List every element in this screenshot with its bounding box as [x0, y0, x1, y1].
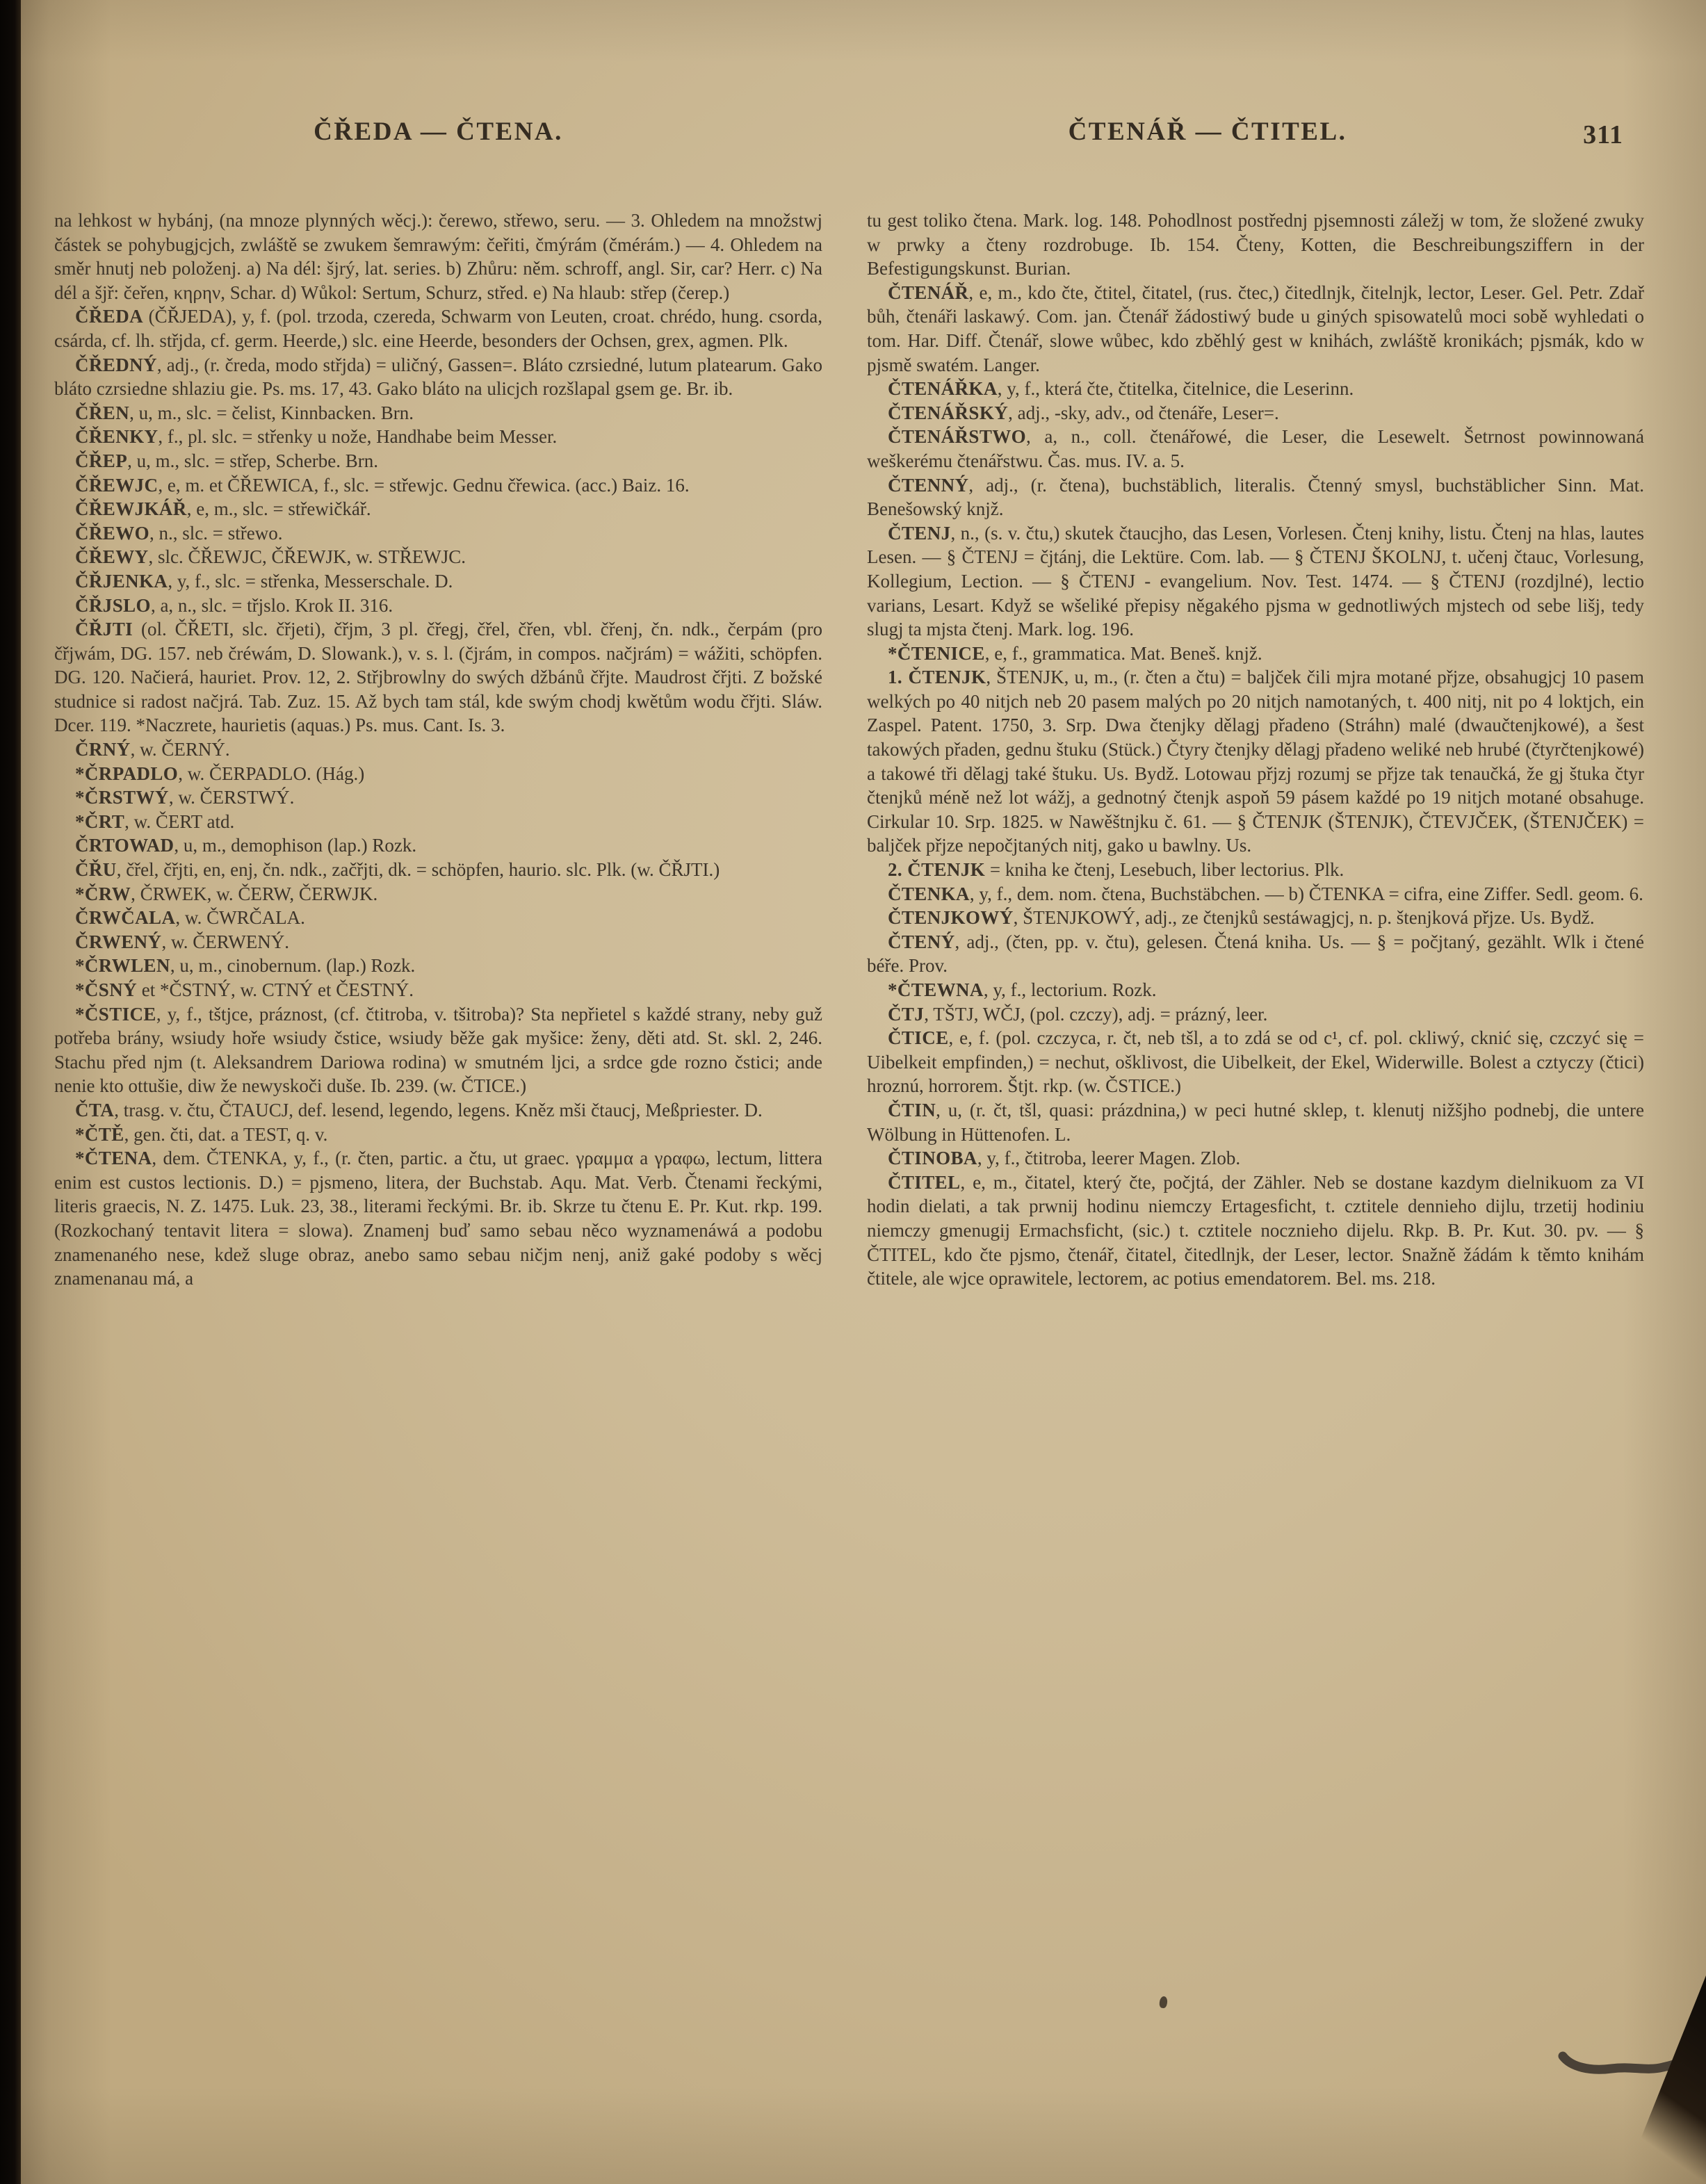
- dictionary-entry: ČRWČALA, w. ČWRČALA.: [54, 906, 822, 930]
- entry-text: , u, m., demophison (lap.) Rozk.: [174, 835, 416, 856]
- dictionary-entry: ČTJ, TŠTJ, WČJ, (pol. czczy), adj. = prá…: [867, 1002, 1644, 1027]
- entry-text: , ŠTENJK, u, m., (r. čten a čtu) = baljč…: [867, 667, 1644, 856]
- entry-headword: ČTA: [75, 1100, 114, 1120]
- page-number: 311: [1505, 120, 1623, 150]
- entry-text: , adj., (čten, pp. v. čtu), gelesen. Čte…: [867, 931, 1644, 977]
- dictionary-entry: *ČTEWNA, y, f., lectorium. Rozk.: [867, 978, 1644, 1002]
- text-column-left: na lehkost w hybánj, (na mnoze plynných …: [54, 209, 822, 1291]
- entry-text: tu gest toliko čtena. Mark. log. 148. Po…: [867, 210, 1644, 279]
- text-column-right: tu gest toliko čtena. Mark. log. 148. Po…: [867, 209, 1644, 1291]
- entry-headword: ČTENÁŘKA: [888, 378, 998, 399]
- dictionary-entry: ČTICE, e, f. (pol. czczyca, r. čt, neb t…: [867, 1026, 1644, 1098]
- dictionary-entry: ČTENKA, y, f., dem. nom. čtena, Buchstäb…: [867, 882, 1644, 906]
- entry-headword: *ČTEWNA: [888, 979, 984, 1000]
- dictionary-entry: ČŘEDNÝ, adj., (r. čreda, modo střjda) = …: [54, 353, 822, 401]
- entry-headword: ČŘEDA: [75, 306, 143, 327]
- dictionary-entry: ČŘEWJKÁŘ, e, m., slc. = střewičkář.: [54, 497, 822, 521]
- entry-text: , ČRWEK, w. ČERW, ČERWJK.: [131, 883, 377, 904]
- entry-text: , e, m., čitatel, který čte, počjtá, der…: [867, 1172, 1644, 1289]
- dictionary-entry: ČTA, trasg. v. čtu, ČTAUCJ, def. lesend,…: [54, 1098, 822, 1123]
- entry-text: , trasg. v. čtu, ČTAUCJ, def. lesend, le…: [114, 1100, 763, 1120]
- entry-text: , y, f., která čte, čtitelka, čitelnice,…: [998, 378, 1354, 399]
- entry-headword: *ČRW: [75, 883, 131, 904]
- entry-text: , w. ČERPADLO. (Hág.): [178, 763, 364, 784]
- entry-headword: *ČSTICE: [75, 1004, 156, 1025]
- entry-text: et *ČSTNÝ, w. CTNÝ et ČESTNÝ.: [137, 979, 414, 1000]
- entry-headword: ČTENÁŘ: [888, 282, 968, 303]
- entry-text: (ol. ČŘETI, slc. čřjeti), čřjm, 3 pl. čř…: [54, 619, 822, 735]
- dictionary-entry: ČTENNÝ, adj., (r. čtena), buchstäblich, …: [867, 473, 1644, 521]
- entry-headword: ČŘENKY: [75, 426, 158, 447]
- dictionary-entry: ČTITEL, e, m., čitatel, který čte, počjt…: [867, 1171, 1644, 1291]
- dictionary-entry: ČTENÝ, adj., (čten, pp. v. čtu), gelesen…: [867, 930, 1644, 978]
- dictionary-entry: ČTENÁŘSTWO, a, n., coll. čtenářowé, die …: [867, 425, 1644, 473]
- entry-headword: 1. ČTENJK: [888, 667, 986, 687]
- entry-headword: ČTENJ: [888, 523, 951, 544]
- dictionary-entry: ČŘENKY, f., pl. slc. = střenky u nože, H…: [54, 425, 822, 449]
- dictionary-entry: ČRWENÝ, w. ČERWENÝ.: [54, 930, 822, 954]
- dictionary-entry: *ČRT, w. ČERT atd.: [54, 810, 822, 834]
- entry-text: , u, (r. čt, tšl, quasi: prázdnina,) w p…: [867, 1100, 1644, 1145]
- entry-text: na lehkost w hybánj, (na mnoze plynných …: [54, 210, 822, 303]
- dictionary-entry: na lehkost w hybánj, (na mnoze plynných …: [54, 209, 822, 304]
- running-head-right: ČTENÁŘ — ČTITEL.: [867, 117, 1548, 149]
- dictionary-entry: ČŘEWJC, e, m. et ČŘEWICA, f., slc. = stř…: [54, 473, 822, 498]
- entry-headword: ČTICE: [888, 1027, 949, 1048]
- dictionary-entry: ČŘEDA (ČŘJEDA), y, f. (pol. trzoda, czer…: [54, 304, 822, 352]
- dictionary-entry: ČRTOWAD, u, m., demophison (lap.) Rozk.: [54, 833, 822, 858]
- entry-text: , e, m., kdo čte, čtitel, čitatel, (rus.…: [867, 282, 1644, 375]
- entry-headword: *ČTENA: [75, 1148, 152, 1168]
- dictionary-entry: ČŘJENKA, y, f., slc. = střenka, Messersc…: [54, 569, 822, 594]
- dictionary-entry: ČTENÁŘSKÝ, adj., -sky, adv., od čtenáře,…: [867, 401, 1644, 425]
- entry-text: , e, m., slc. = střewičkář.: [187, 498, 371, 519]
- entry-headword: ČŘEWO: [75, 523, 149, 544]
- dictionary-entry: *ČTENA, dem. ČTENKA, y, f., (r. čten, pa…: [54, 1146, 822, 1291]
- dictionary-entry: ČTENÁŘKA, y, f., která čte, čtitelka, či…: [867, 377, 1644, 401]
- dictionary-entry: ČTINOBA, y, f., čtitroba, leerer Magen. …: [867, 1146, 1644, 1171]
- entry-headword: ČTENÁŘSTWO: [888, 426, 1026, 447]
- entry-text: , w. ČERT atd.: [124, 811, 234, 832]
- dictionary-entry: *ČSNÝ et *ČSTNÝ, w. CTNÝ et ČESTNÝ.: [54, 978, 822, 1002]
- entry-headword: ČRWČALA: [75, 907, 175, 928]
- entry-headword: ČŘEP: [75, 450, 127, 471]
- entry-text: , w. ČERNÝ.: [131, 739, 230, 760]
- entry-text: , e, f. (pol. czczyca, r. čt, neb tšl, a…: [867, 1027, 1644, 1096]
- entry-text: , ŠTENJKOWÝ, adj., ze čtenjků sestáwagjc…: [1014, 907, 1595, 928]
- entry-headword: ČŘJTI: [75, 619, 133, 639]
- entry-headword: ČTENKA: [888, 883, 970, 904]
- entry-headword: ČŘJENKA: [75, 571, 168, 592]
- dictionary-entry: *ČRW, ČRWEK, w. ČERW, ČERWJK.: [54, 882, 822, 906]
- dictionary-entry: *ČRSTWÝ, w. ČERSTWÝ.: [54, 785, 822, 810]
- entry-headword: ČTINOBA: [888, 1148, 977, 1168]
- ink-blot-icon: [1159, 1996, 1168, 2008]
- entry-text: , dem. ČTENKA, y, f., (r. čten, partic. …: [54, 1148, 822, 1289]
- entry-text: , slc. ČŘEWJC, ČŘEWJK, w. STŘEWJC.: [149, 546, 466, 567]
- dictionary-entry: *ČSTICE, y, f., tštjce, práznost, (cf. č…: [54, 1002, 822, 1098]
- entry-headword: 2. ČTENJK: [888, 859, 985, 880]
- entry-text: , u, m., slc. = střep, Scherbe. Brn.: [127, 450, 378, 471]
- dictionary-entry: ČŘEWO, n., slc. = střewo.: [54, 521, 822, 546]
- entry-text: , y, f., čtitroba, leerer Magen. Zlob.: [977, 1148, 1240, 1168]
- dictionary-entry: ČTENJ, n., (s. v. čtu,) skutek čtaucjho,…: [867, 521, 1644, 642]
- entry-headword: ČŘEN: [75, 402, 129, 423]
- dictionary-entry: ČŘEP, u, m., slc. = střep, Scherbe. Brn.: [54, 449, 822, 473]
- entry-headword: *ČTENICE: [888, 643, 985, 664]
- dictionary-entry: ČŘJSLO, a, n., slc. = třjslo. Krok II. 3…: [54, 594, 822, 618]
- entry-text: , n., (s. v. čtu,) skutek čtaucjho, das …: [867, 523, 1644, 639]
- entry-text: , n., slc. = střewo.: [149, 523, 282, 544]
- dictionary-entry: ČTENJKOWÝ, ŠTENJKOWÝ, adj., ze čtenjků s…: [867, 906, 1644, 930]
- entry-text: , w. ČERSTWÝ.: [169, 787, 295, 808]
- entry-text: , e, m. et ČŘEWICA, f., slc. = střewjc. …: [158, 475, 689, 496]
- entry-headword: ČRNÝ: [75, 739, 131, 760]
- entry-text: , adj., (r. čtena), buchstäblich, litera…: [867, 475, 1644, 520]
- dictionary-entry: *ČRPADLO, w. ČERPADLO. (Hág.): [54, 762, 822, 786]
- entry-text: , adj., -sky, adv., od čtenáře, Leser=.: [1008, 402, 1279, 423]
- entry-text: , f., pl. slc. = střenky u nože, Handhab…: [158, 426, 557, 447]
- dictionary-entry: *ČTENICE, e, f., grammatica. Mat. Beneš.…: [867, 642, 1644, 666]
- entry-text: , w. ČERWENÝ.: [161, 931, 289, 952]
- entry-text: , a, n., slc. = třjslo. Krok II. 316.: [151, 595, 393, 616]
- entry-text: = kniha ke čtenj, Lesebuch, liber lector…: [985, 859, 1344, 880]
- dictionary-entry: tu gest toliko čtena. Mark. log. 148. Po…: [867, 209, 1644, 281]
- entry-headword: ČŘEWJC: [75, 475, 158, 496]
- dictionary-page-scan: ČŘEDA — ČTENA. ČTENÁŘ — ČTITEL. 311 na l…: [0, 0, 1706, 2184]
- entry-headword: *ČRWLEN: [75, 955, 170, 976]
- entry-text: , y, f., tštjce, práznost, (cf. čtitroba…: [54, 1004, 822, 1097]
- entry-headword: *ČRPADLO: [75, 763, 178, 784]
- dictionary-entry: ČŘEN, u, m., slc. = čelist, Kinnbacken. …: [54, 401, 822, 425]
- entry-headword: ČTENJKOWÝ: [888, 907, 1014, 928]
- entry-text: , adj., (r. čreda, modo střjda) = uličný…: [54, 355, 822, 400]
- entry-headword: *ČTĚ: [75, 1124, 124, 1145]
- entry-headword: *ČRT: [75, 811, 124, 832]
- entry-headword: ČRWENÝ: [75, 931, 161, 952]
- dictionary-entry: ČŘJTI (ol. ČŘETI, slc. čřjeti), čřjm, 3 …: [54, 617, 822, 737]
- entry-headword: ČŘEDNÝ: [75, 355, 157, 375]
- scan-border-left: [0, 0, 21, 2184]
- running-head-left: ČŘEDA — ČTENA.: [54, 117, 822, 149]
- dictionary-entry: *ČTĚ, gen. čti, dat. a TEST, q. v.: [54, 1123, 822, 1147]
- entry-headword: ČTENÝ: [888, 931, 955, 952]
- entry-text: , w. ČWRČALA.: [175, 907, 305, 928]
- dictionary-entry: ČŘEWY, slc. ČŘEWJC, ČŘEWJK, w. STŘEWJC.: [54, 545, 822, 569]
- dictionary-entry: ČŘU, čřel, čřjti, en, enj, čn. ndk., zač…: [54, 858, 822, 882]
- entry-headword: ČŘJSLO: [75, 595, 151, 616]
- dictionary-entry: 2. ČTENJK = kniha ke čtenj, Lesebuch, li…: [867, 858, 1644, 882]
- entry-headword: ČŘEWY: [75, 546, 149, 567]
- entry-headword: *ČRSTWÝ: [75, 787, 169, 808]
- entry-headword: ČTITEL: [888, 1172, 960, 1193]
- entry-headword: ČRTOWAD: [75, 835, 174, 856]
- entry-text: , y, f., slc. = střenka, Messerschale. D…: [168, 571, 453, 592]
- entry-headword: ČTENNÝ: [888, 475, 968, 496]
- dictionary-entry: ČTIN, u, (r. čt, tšl, quasi: prázdnina,)…: [867, 1098, 1644, 1146]
- dictionary-entry: ČTENÁŘ, e, m., kdo čte, čtitel, čitatel,…: [867, 281, 1644, 377]
- entry-headword: ČŘU: [75, 859, 117, 880]
- entry-text: , gen. čti, dat. a TEST, q. v.: [124, 1124, 328, 1145]
- entry-text: , u, m., cinobernum. (lap.) Rozk.: [170, 955, 415, 976]
- entry-headword: ČTIN: [888, 1100, 936, 1120]
- entry-text: , čřel, čřjti, en, enj, čn. ndk., začřjt…: [117, 859, 720, 880]
- entry-headword: ČTJ: [888, 1004, 924, 1025]
- dictionary-entry: 1. ČTENJK, ŠTENJK, u, m., (r. čten a čtu…: [867, 665, 1644, 858]
- dictionary-entry: *ČRWLEN, u, m., cinobernum. (lap.) Rozk.: [54, 954, 822, 978]
- entry-text: , y, f., lectorium. Rozk.: [984, 979, 1157, 1000]
- dictionary-entry: ČRNÝ, w. ČERNÝ.: [54, 737, 822, 762]
- entry-headword: *ČSNÝ: [75, 979, 137, 1000]
- entry-headword: ČTENÁŘSKÝ: [888, 402, 1008, 423]
- entry-text: (ČŘJEDA), y, f. (pol. trzoda, czereda, S…: [54, 306, 822, 351]
- entry-text: , e, f., grammatica. Mat. Beneš. knjž.: [985, 643, 1262, 664]
- entry-headword: ČŘEWJKÁŘ: [75, 498, 187, 519]
- entry-text: , TŠTJ, WČJ, (pol. czczy), adj. = prázný…: [924, 1004, 1267, 1025]
- entry-text: , u, m., slc. = čelist, Kinnbacken. Brn.: [129, 402, 414, 423]
- entry-text: , y, f., dem. nom. čtena, Buchstäbchen. …: [970, 883, 1643, 904]
